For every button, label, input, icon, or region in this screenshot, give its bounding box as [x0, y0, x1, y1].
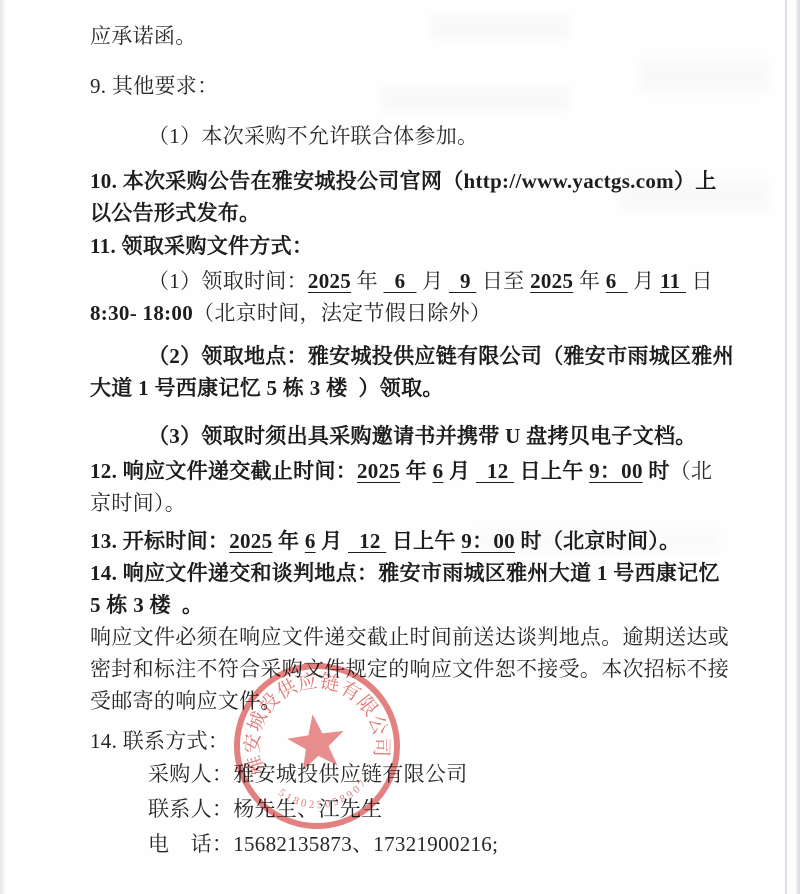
text-segment: 日: [686, 269, 713, 293]
text-line: 应承诺函。: [90, 20, 740, 52]
paragraph: （3）领取时须出具采购邀请书并携带 U 盘拷贝电子文档。: [90, 420, 740, 452]
paragraph: 14. 响应文件递交和谈判地点：雅安市雨城区雅州大道 1 号西康记忆5 栋 3 …: [90, 557, 740, 621]
text-line: 11. 领取采购文件方式：: [90, 230, 740, 262]
text-segment: 14. 响应文件递交和谈判地点：雅安市雨城区雅州大道 1 号西康记忆: [90, 561, 720, 585]
text-segment: 采购人：雅安城投供应链有限公司: [148, 762, 468, 786]
fill-in-value: 2025: [357, 459, 400, 483]
text-segment: 年: [272, 529, 304, 553]
paragraph: 13. 开标时间：2025 年 6 月 12 日上午 9：00 时（北京时间）。: [90, 525, 740, 557]
text-segment: 11. 领取采购文件方式：: [90, 234, 313, 258]
text-line: 大道 1 号西康记忆 5 栋 3 楼 ）领取。: [90, 372, 740, 404]
text-segment: 日上午: [514, 459, 589, 483]
paragraph: 9. 其他要求：: [90, 70, 740, 102]
text-segment: 月: [628, 269, 660, 293]
text-line: 受邮寄的响应文件。: [90, 685, 740, 717]
fill-in-value: 12: [348, 529, 386, 553]
text-segment: 14. 联系方式：: [90, 729, 229, 753]
text-segment: 以公告形式发布。: [90, 201, 260, 225]
paragraph: 11. 领取采购文件方式：: [90, 230, 740, 262]
fill-in-value: 9: [449, 269, 476, 293]
text-line: 以公告形式发布。: [90, 197, 740, 229]
page-edge-left: [0, 0, 6, 894]
text-line: 14. 响应文件递交和谈判地点：雅安市雨城区雅州大道 1 号西康记忆: [90, 557, 740, 589]
paragraph: 10. 本次采购公告在雅安城投公司官网（http://www.yactgs.co…: [90, 165, 740, 229]
text-segment: 日至: [476, 269, 530, 293]
text-segment: 京时间）。: [90, 491, 186, 515]
text-line: 联系人：杨先生、江先生: [90, 793, 740, 825]
paragraph: 14. 联系方式：: [90, 725, 740, 757]
text-segment: 10. 本次采购公告在雅安城投公司官网（http://www.yactgs.co…: [90, 169, 717, 193]
fill-in-value: 6: [305, 529, 316, 553]
text-segment: 电 话：15682135873、17321900216;: [148, 832, 498, 856]
text-segment: 应承诺函。: [90, 24, 197, 48]
fill-in-value: 2025: [229, 529, 272, 553]
paragraph: 12. 响应文件递交截止时间：2025 年 6 月 12 日上午 9：00 时（…: [90, 455, 740, 519]
text-segment: 大道 1 号西康记忆 5 栋 3 楼 ）领取。: [90, 376, 444, 400]
text-segment: （北京时间）。: [542, 529, 681, 553]
text-segment: 响应文件必须在响应文件递交截止时间前送达谈判地点。逾期送达或: [90, 625, 729, 649]
paragraph: 电 话：15682135873、17321900216;: [90, 828, 740, 860]
text-line: 13. 开标时间：2025 年 6 月 12 日上午 9：00 时（北京时间）。: [90, 525, 740, 557]
text-segment: （北京时间，法定节假日除外）: [193, 301, 491, 325]
text-segment: 年: [351, 269, 383, 293]
text-segment: 9. 其他要求：: [90, 74, 218, 98]
paragraph: （1）本次采购不允许联合体参加。: [90, 120, 740, 152]
text-line: 14. 联系方式：: [90, 725, 740, 757]
text-line: 12. 响应文件递交截止时间：2025 年 6 月 12 日上午 9：00 时（…: [90, 455, 740, 487]
fill-in-value: 9：00: [461, 529, 515, 553]
page-edge-right-line: [785, 0, 787, 894]
fill-in-value: 12: [476, 459, 514, 483]
fill-in-value: 6: [384, 269, 417, 293]
text-line: （2）领取地点：雅安城投供应链有限公司（雅安市雨城区雅州: [90, 340, 740, 372]
text-segment: 年: [573, 269, 605, 293]
text-line: 8:30- 18:00（北京时间，法定节假日除外）: [90, 297, 740, 329]
text-segment: 5 栋 3 楼 。: [90, 593, 203, 617]
text-segment: 8:30- 18:00: [90, 301, 193, 325]
text-line: 京时间）。: [90, 487, 740, 519]
paragraph: 联系人：杨先生、江先生: [90, 793, 740, 825]
text-line: 采购人：雅安城投供应链有限公司: [90, 758, 740, 790]
fill-in-value: 2025: [530, 269, 573, 293]
paragraph: （1）领取时间：2025 年 6 月 9 日至 2025 年 6 月 11 日8…: [90, 265, 740, 329]
text-segment: （1）领取时间：: [148, 269, 308, 293]
paragraph: 响应文件必须在响应文件递交截止时间前送达谈判地点。逾期送达或密封和标注不符合采购…: [90, 621, 740, 717]
document-body: 应承诺函。9. 其他要求：（1）本次采购不允许联合体参加。10. 本次采购公告在…: [90, 0, 740, 860]
fill-in-value: 6: [606, 269, 628, 293]
text-segment: 13. 开标时间：: [90, 529, 229, 553]
text-line: 密封和标注不符合采购文件规定的响应文件恕不接受。本次招标不接: [90, 653, 740, 685]
text-segment: 密封和标注不符合采购文件规定的响应文件恕不接受。本次招标不接: [90, 657, 729, 681]
text-segment: 日上午: [386, 529, 461, 553]
fill-in-value: 6: [433, 459, 444, 483]
fill-in-value: 9：00: [589, 459, 643, 483]
text-segment: 时: [515, 529, 542, 553]
text-segment: 受邮寄的响应文件。: [90, 689, 282, 713]
text-line: 电 话：15682135873、17321900216;: [90, 828, 740, 860]
text-line: 10. 本次采购公告在雅安城投公司官网（http://www.yactgs.co…: [90, 165, 740, 197]
text-segment: （1）本次采购不允许联合体参加。: [148, 124, 478, 148]
text-segment: 月: [443, 459, 475, 483]
text-segment: 时: [643, 459, 670, 483]
text-line: 5 栋 3 楼 。: [90, 589, 740, 621]
text-segment: （2）领取地点：雅安城投供应链有限公司（雅安市雨城区雅州: [148, 344, 734, 368]
fill-in-value: 11: [660, 269, 686, 293]
text-segment: 联系人：杨先生、江先生: [148, 797, 382, 821]
text-segment: 12. 响应文件递交截止时间：: [90, 459, 357, 483]
text-segment: 年: [400, 459, 432, 483]
text-segment: 月: [417, 269, 449, 293]
text-segment: （北: [670, 459, 713, 483]
fill-in-value: 2025: [308, 269, 351, 293]
page-edge-right: [796, 0, 800, 894]
scan-page: { "document": { "paragraphs": [ {"lines"…: [0, 0, 800, 894]
paragraph: 采购人：雅安城投供应链有限公司: [90, 758, 740, 790]
paragraph: 应承诺函。: [90, 20, 740, 52]
text-line: （1）领取时间：2025 年 6 月 9 日至 2025 年 6 月 11 日: [90, 265, 740, 297]
paragraph: （2）领取地点：雅安城投供应链有限公司（雅安市雨城区雅州大道 1 号西康记忆 5…: [90, 340, 740, 404]
text-segment: （3）领取时须出具采购邀请书并携带 U 盘拷贝电子文档。: [148, 424, 697, 448]
text-line: 9. 其他要求：: [90, 70, 740, 102]
text-line: （1）本次采购不允许联合体参加。: [90, 120, 740, 152]
text-segment: 月: [316, 529, 348, 553]
text-line: 响应文件必须在响应文件递交截止时间前送达谈判地点。逾期送达或: [90, 621, 740, 653]
text-line: （3）领取时须出具采购邀请书并携带 U 盘拷贝电子文档。: [90, 420, 740, 452]
